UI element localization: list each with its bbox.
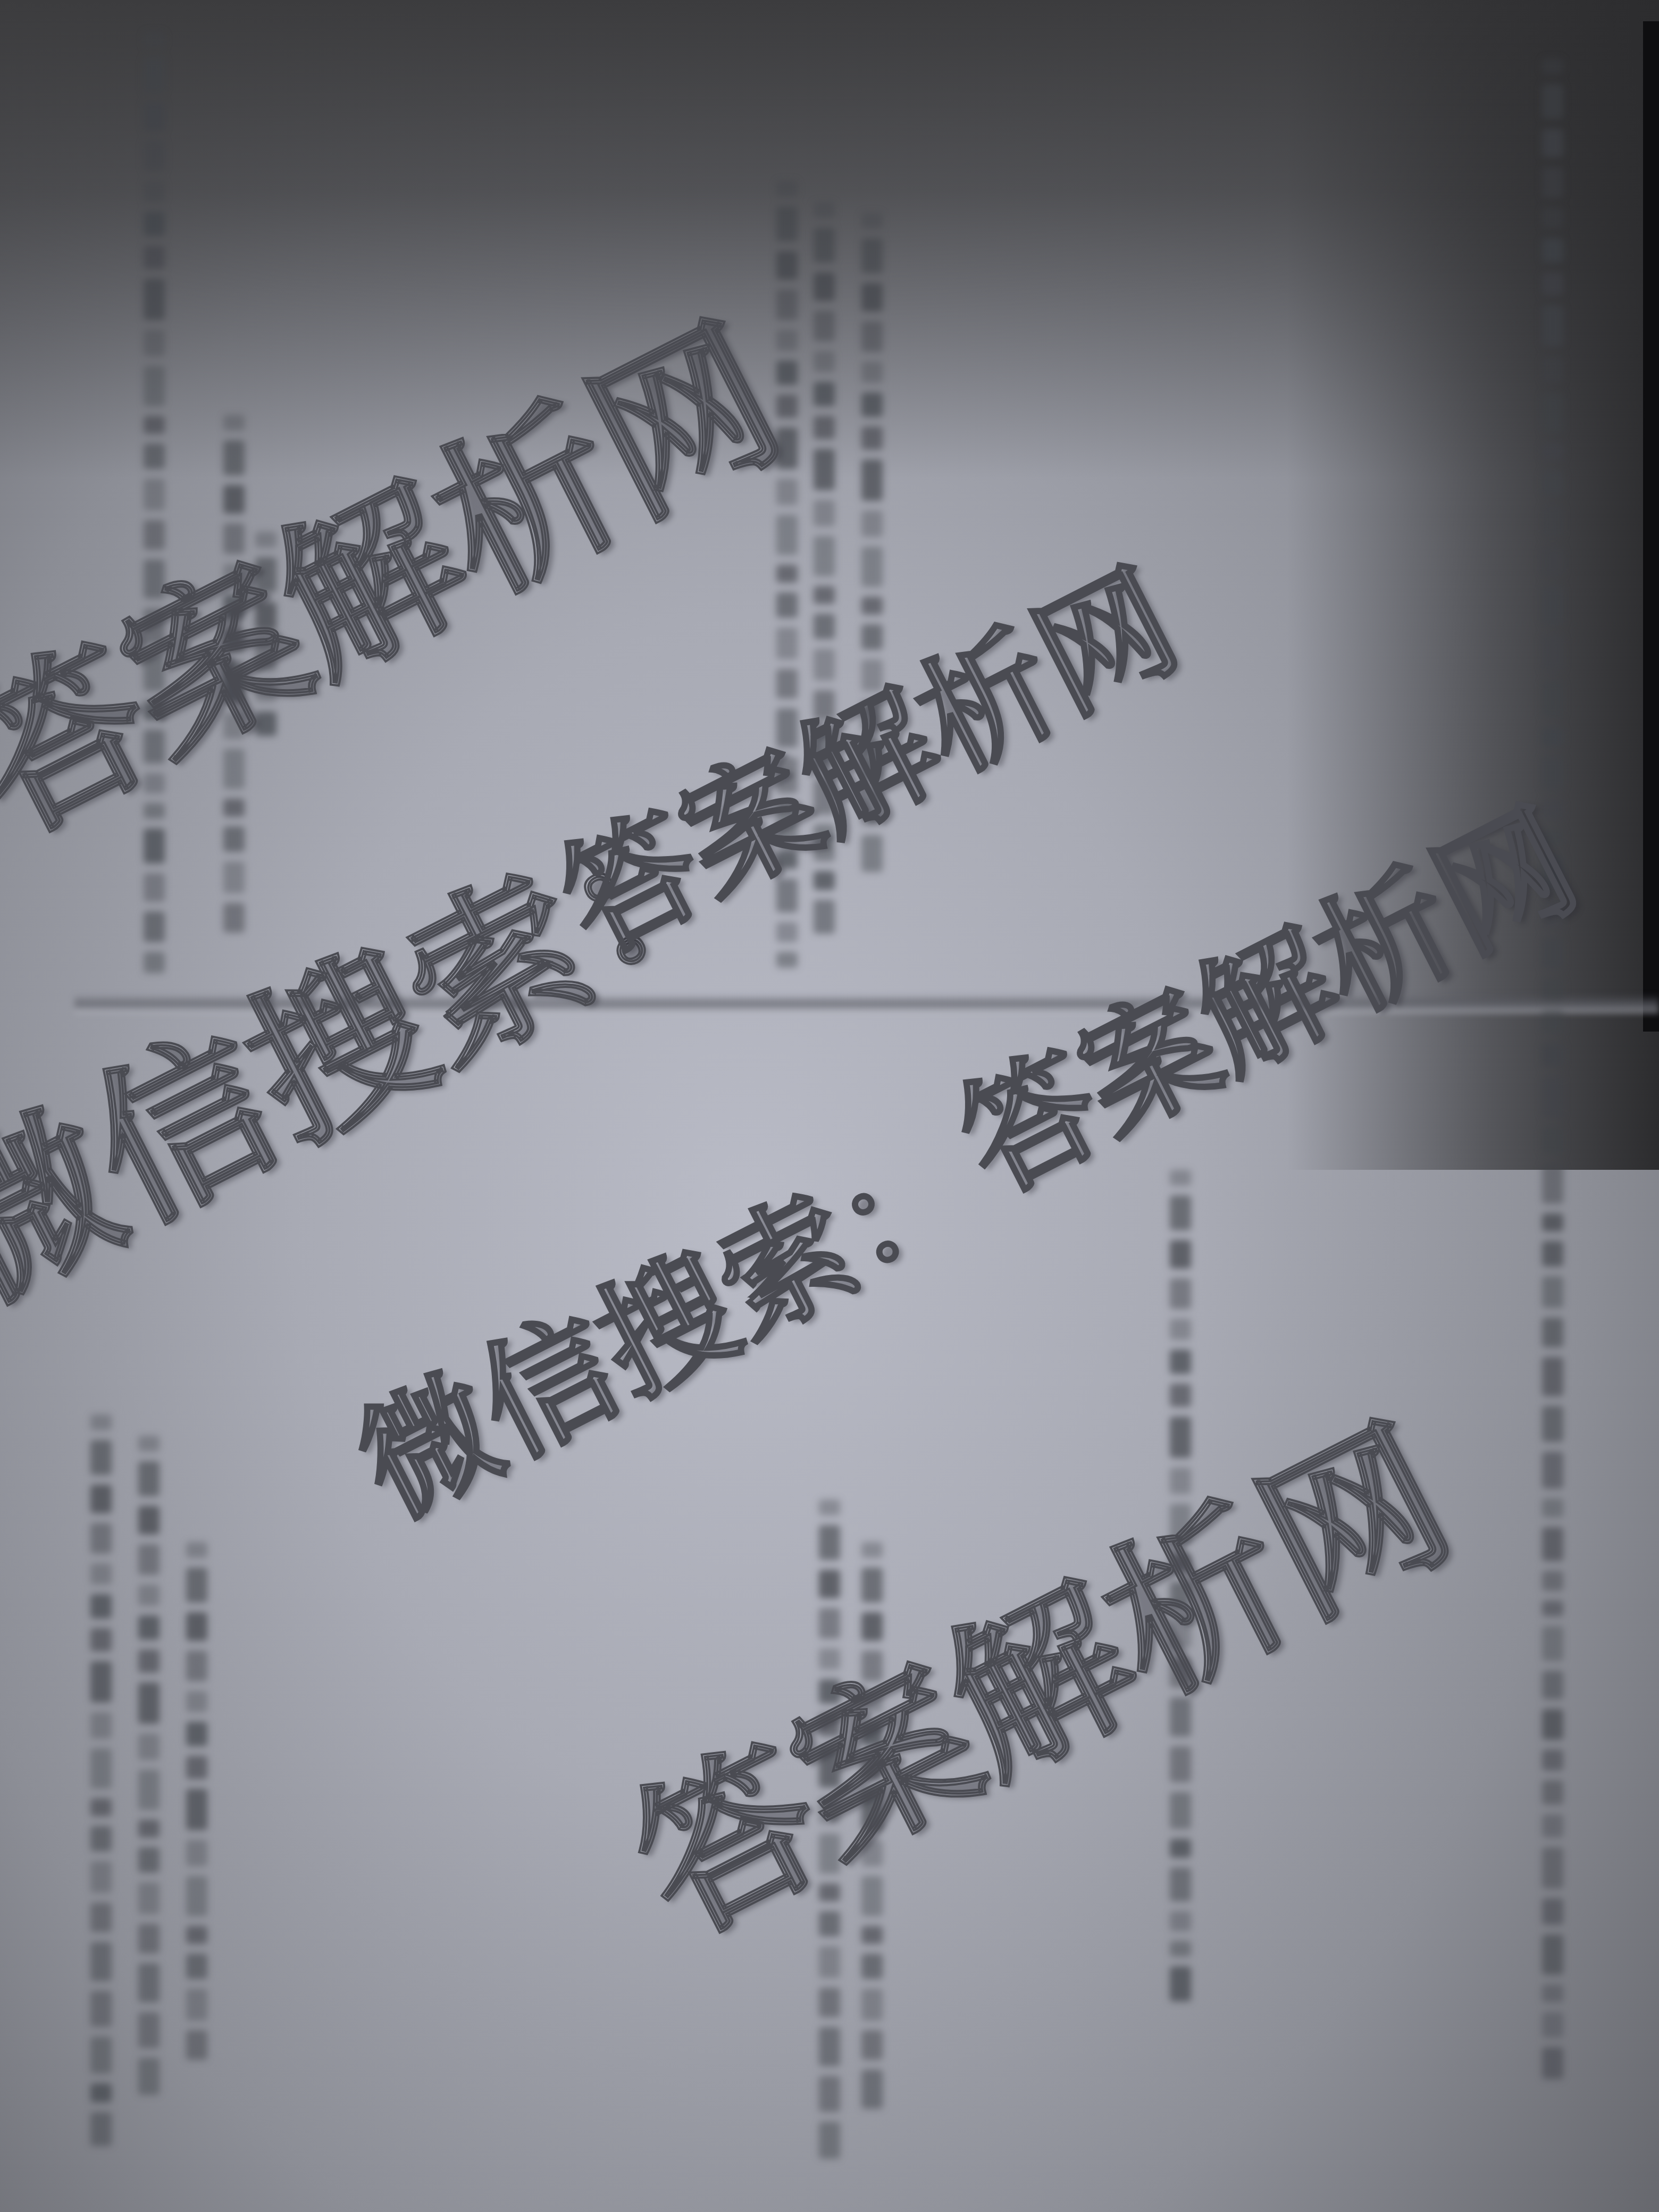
blurred-text-line xyxy=(186,1542,207,2069)
blurred-text-line xyxy=(90,1414,112,2156)
blurred-text-line xyxy=(138,1436,160,2105)
page-edge xyxy=(1643,21,1659,1032)
blurred-text-line xyxy=(144,32,165,983)
blurred-text-line xyxy=(1542,58,1563,2089)
